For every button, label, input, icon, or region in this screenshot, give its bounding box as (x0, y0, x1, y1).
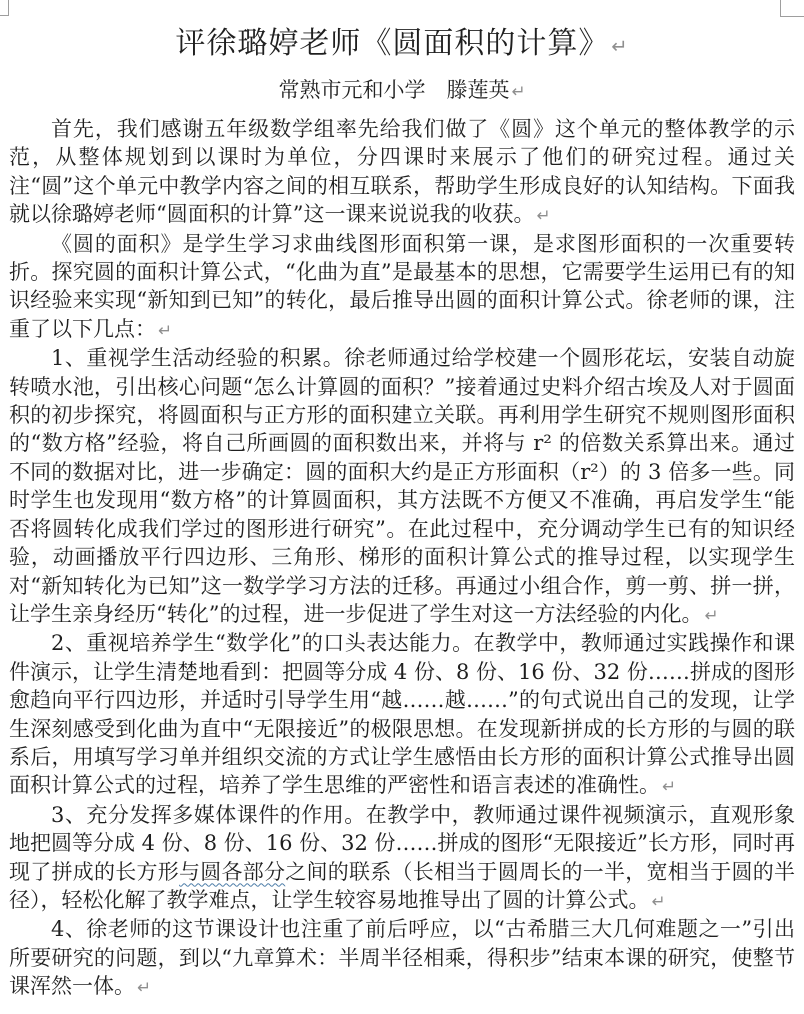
document-title: 评徐璐婷老师《圆面积的计算》↵ (9, 24, 795, 67)
text-boundary-mark-top-right (780, 0, 804, 17)
grammar-underlined-text: 与圆各部分 (179, 860, 285, 884)
paragraph-return-mark: ↵ (650, 891, 666, 911)
paragraph-4: 2、重视培养学生“数学化”的口头表达能力。在教学中，教师通过实践操作和课件演示，… (9, 629, 795, 800)
document-byline: 常熟市元和小学 滕莲英↵ (9, 76, 795, 105)
document-body: 评徐璐婷老师《圆面积的计算》↵ 常熟市元和小学 滕莲英↵ 首先，我们感谢五年级数… (0, 0, 804, 1002)
paragraph-return-mark: ↵ (156, 320, 172, 340)
paragraph-return-mark: ↵ (660, 776, 676, 796)
byline-text: 常熟市元和小学 滕莲英 (278, 78, 509, 102)
paragraph-5: 3、充分发挥多媒体课件的作用。在教学中，教师通过课件视频演示，直观形象地把圆等分… (9, 801, 795, 916)
paragraph-1: 首先，我们感谢五年级数学组率先给我们做了《圆》这个单元的整体教学的示范，从整体规… (9, 115, 795, 230)
paragraph-return-mark: ↵ (702, 605, 718, 625)
paragraph-text: 首先，我们感谢五年级数学组率先给我们做了《圆》这个单元的整体教学的示范，从整体规… (9, 117, 795, 226)
title-text: 评徐璐婷老师《圆面积的计算》 (175, 26, 609, 61)
paragraph-text: 《圆的面积》是学生学习求曲线图形面积第一课，是求图形面积的一次重要转折。探究圆的… (9, 232, 795, 341)
document-page: 评徐璐婷老师《圆面积的计算》↵ 常熟市元和小学 滕莲英↵ 首先，我们感谢五年级数… (0, 0, 804, 1014)
paragraph-6: 4、徐老师的这节课设计也注重了前后呼应，以“古希腊三大几何难题之一”引出所要研究… (9, 915, 795, 1001)
paragraph-return-mark: ↵ (534, 205, 550, 225)
paragraph-return-mark: ↵ (135, 977, 151, 997)
paragraph-return-mark: ↵ (609, 35, 628, 58)
paragraph-text: 1、重视学生活动经验的积累。徐老师通过给学校建一个圆形花坛，安装自动旋转喷水池，… (9, 346, 795, 626)
paragraph-3: 1、重视学生活动经验的积累。徐老师通过给学校建一个圆形花坛，安装自动旋转喷水池，… (9, 344, 795, 629)
paragraph-return-mark: ↵ (509, 81, 525, 101)
paragraph-text: 4、徐老师的这节课设计也注重了前后呼应，以“古希腊三大几何难题之一”引出所要研究… (9, 917, 795, 998)
text-boundary-mark-top-left (0, 0, 9, 16)
paragraph-2: 《圆的面积》是学生学习求曲线图形面积第一课，是求图形面积的一次重要转折。探究圆的… (9, 230, 795, 345)
paragraph-text: 2、重视培养学生“数学化”的口头表达能力。在教学中，教师通过实践操作和课件演示，… (9, 631, 795, 797)
